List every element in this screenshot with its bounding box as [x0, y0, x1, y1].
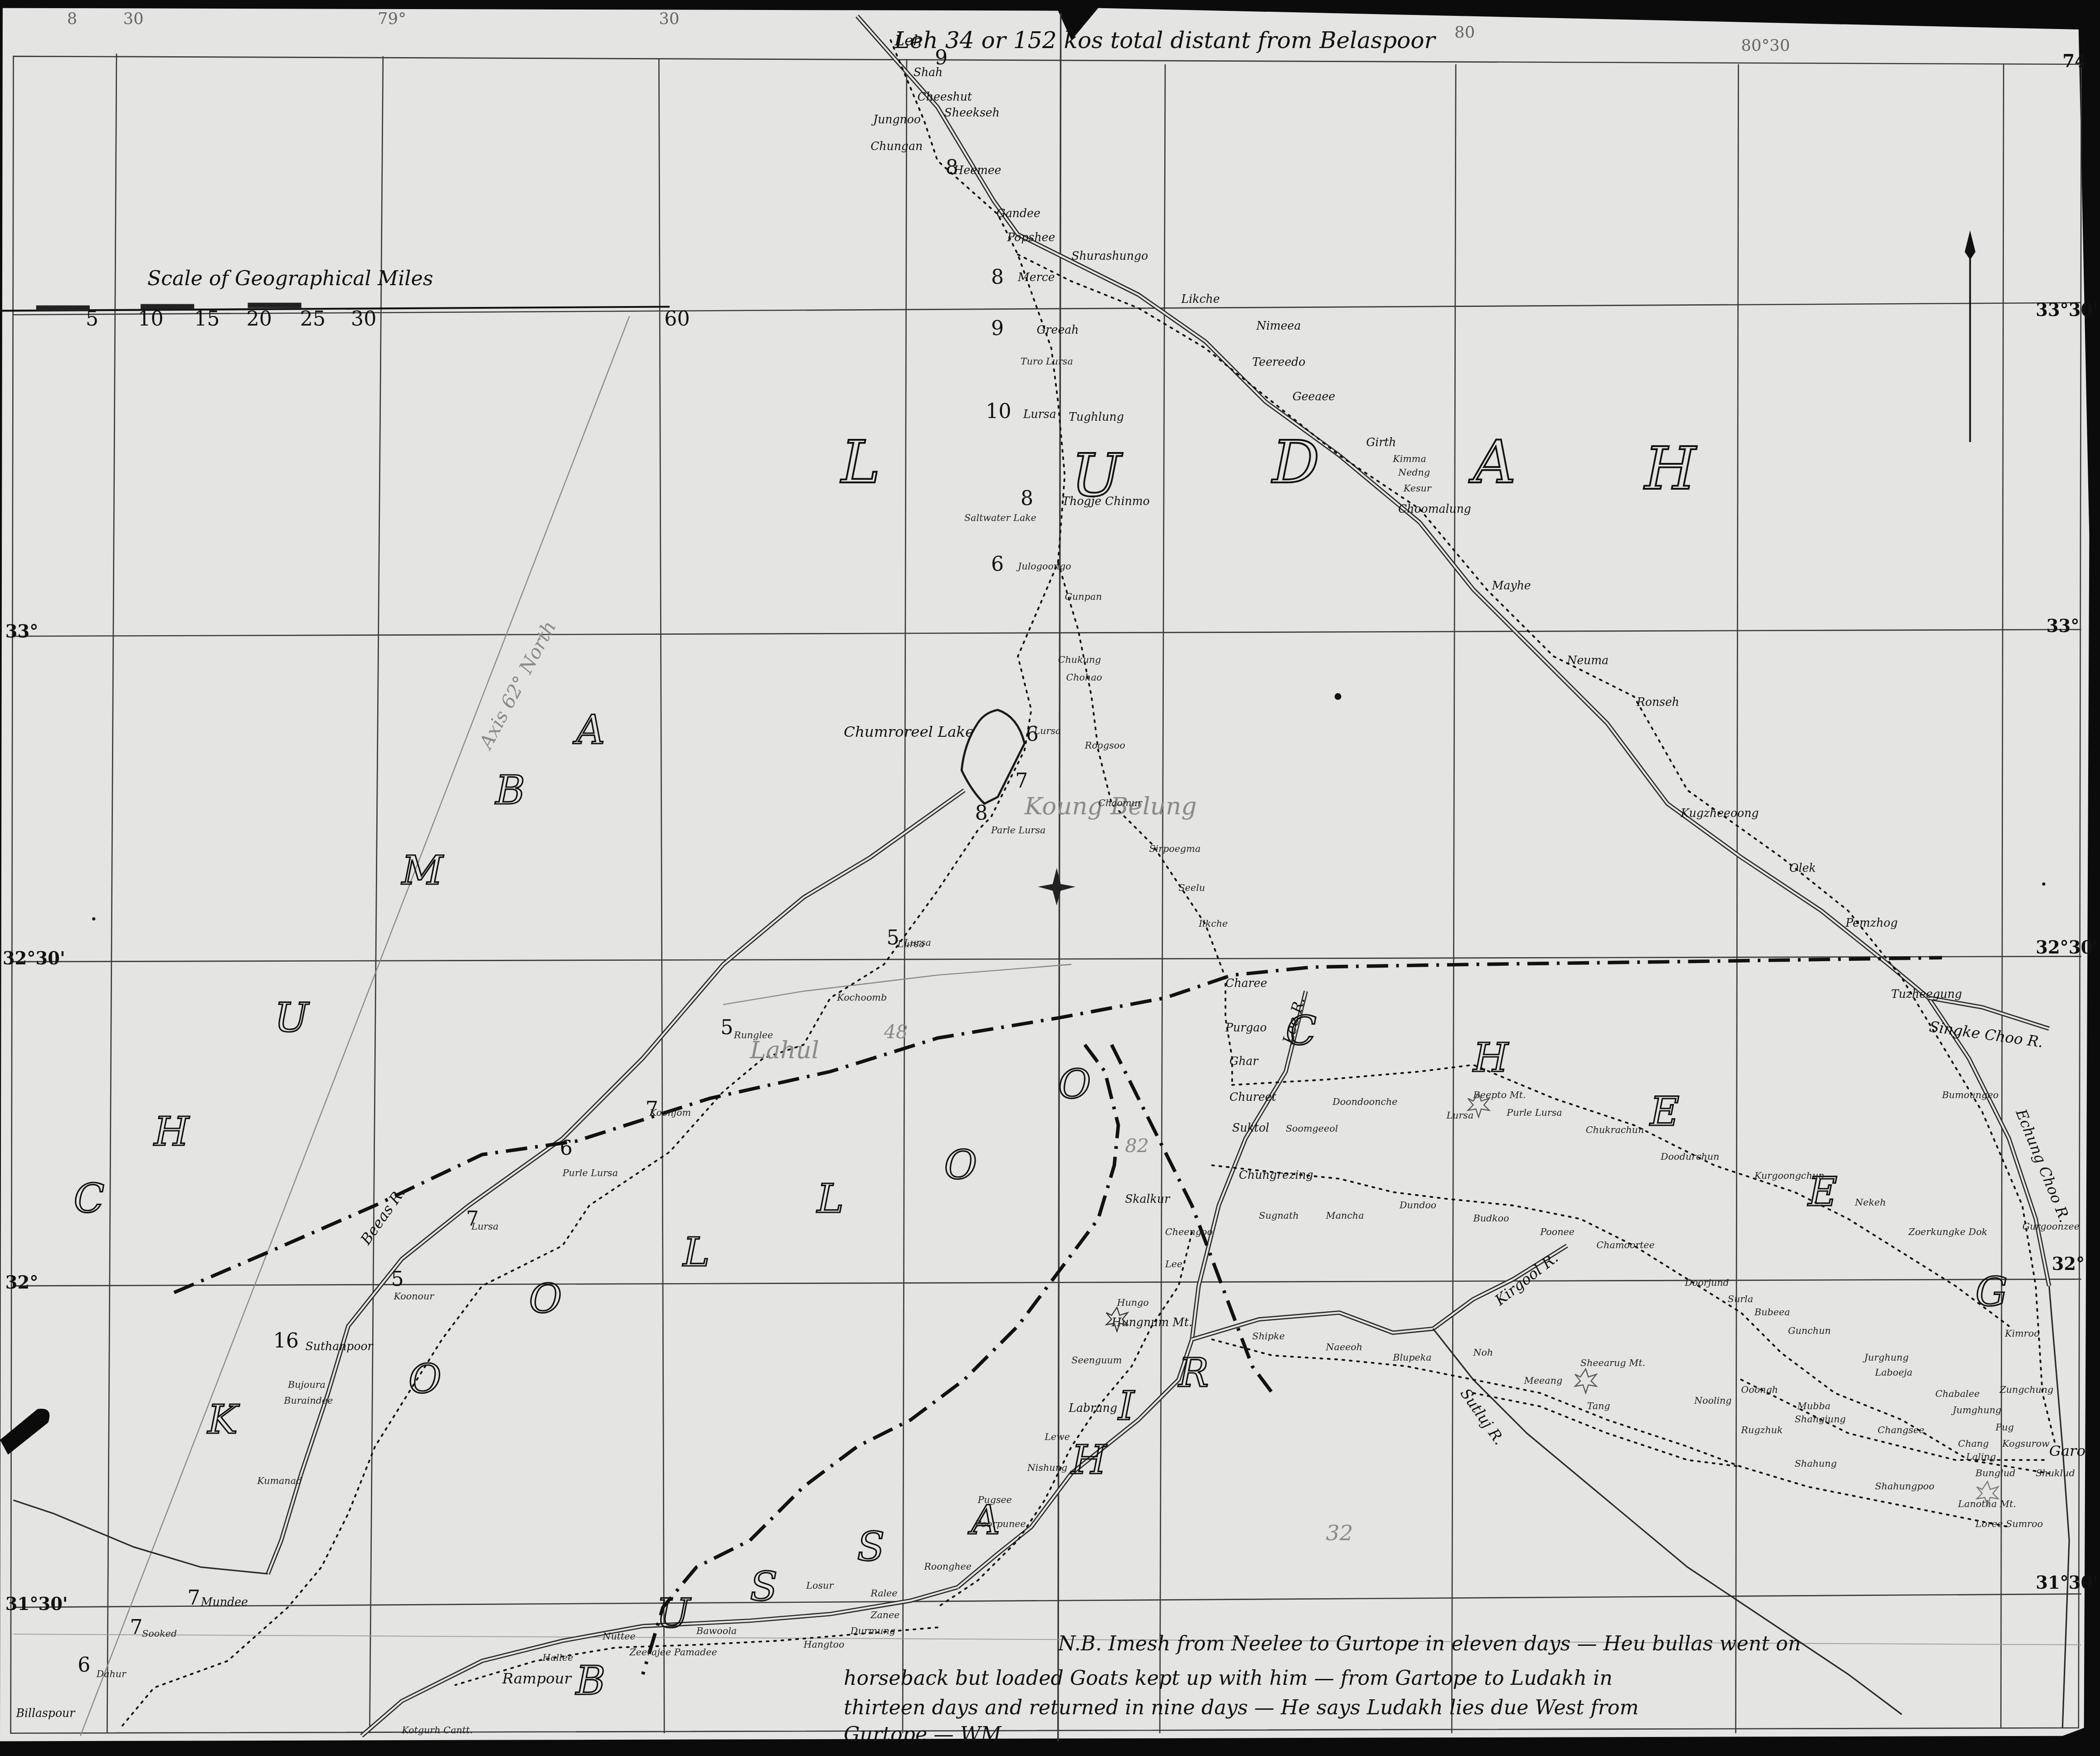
place-garo: Garo — [2049, 1442, 2085, 1459]
svg-text:Nooling: Nooling — [1694, 1395, 1732, 1406]
svg-text:Shah: Shah — [914, 66, 943, 79]
svg-text:Charee: Charee — [1225, 977, 1267, 990]
svg-text:A: A — [573, 706, 605, 753]
svg-text:Kumanad: Kumanad — [257, 1475, 302, 1486]
svg-text:Cheengoo: Cheengoo — [1165, 1226, 1213, 1237]
svg-text:Kimma: Kimma — [1392, 453, 1426, 464]
svg-text:Lursa: Lursa — [1446, 1110, 1473, 1121]
svg-text:O: O — [1058, 1061, 1091, 1108]
svg-text:B: B — [575, 1657, 605, 1704]
longitude-label: 79° — [378, 10, 406, 28]
longitude-label: 80°30 — [1741, 36, 1790, 55]
svg-text:5: 5 — [391, 1268, 404, 1291]
svg-text:Chukung: Chukung — [1058, 654, 1101, 665]
region-ghazee: G — [1975, 1269, 2008, 1315]
page-number: 74 — [2062, 51, 2086, 72]
svg-text:Shipke: Shipke — [1252, 1331, 1285, 1342]
svg-text:Laboeja: Laboeja — [1875, 1367, 1913, 1378]
svg-text:Buraindee: Buraindee — [283, 1395, 333, 1406]
svg-text:R: R — [1178, 1349, 1209, 1396]
svg-text:U: U — [275, 994, 310, 1041]
svg-text:Naeeoh: Naeeoh — [1326, 1342, 1363, 1352]
map-svg: Leh 34 or 152 kos total distant from Bel… — [0, 0, 2100, 1756]
svg-text:Kotgurh Cantt.: Kotgurh Cantt. — [401, 1725, 472, 1736]
latitude-label: 33° — [2047, 616, 2080, 637]
latitude-label: 32°30' — [3, 949, 65, 969]
pencil-note: 82 — [1125, 1135, 1149, 1157]
svg-text:Chang: Chang — [1958, 1438, 1989, 1449]
title-note: Leh 34 or 152 kos total distant from Bel… — [894, 27, 1436, 54]
svg-text:Roonghee: Roonghee — [924, 1561, 972, 1572]
svg-text:Doorjund: Doorjund — [1684, 1277, 1729, 1288]
svg-text:8: 8 — [1021, 487, 1033, 510]
svg-text:Jungnoo: Jungnoo — [871, 113, 921, 126]
svg-text:H: H — [1472, 1034, 1509, 1081]
footnote-line: Gurtope — WM — [844, 1723, 1002, 1746]
svg-text:H: H — [1070, 1436, 1107, 1483]
footnote-line: thirteen days and returned in nine days … — [844, 1696, 1638, 1719]
svg-text:Shurashungo: Shurashungo — [1071, 249, 1148, 263]
svg-text:Parle Lursa: Parle Lursa — [991, 825, 1045, 836]
svg-text:Bujoura: Bujoura — [287, 1379, 326, 1390]
svg-text:Tang: Tang — [1587, 1401, 1610, 1411]
svg-text:Doondoonche: Doondoonche — [1332, 1096, 1397, 1107]
svg-text:Nishung: Nishung — [1027, 1462, 1067, 1473]
svg-text:Shahung: Shahung — [1794, 1458, 1837, 1469]
svg-text:Suktol: Suktol — [1232, 1121, 1269, 1134]
svg-text:Koonour: Koonour — [394, 1291, 435, 1302]
svg-text:Purgao: Purgao — [1225, 1021, 1267, 1034]
svg-text:7: 7 — [1015, 769, 1028, 793]
svg-text:O: O — [529, 1275, 562, 1322]
svg-text:7: 7 — [188, 1586, 200, 1610]
scale-title: Scale of Geographical Miles — [147, 267, 433, 290]
svg-text:Nedng: Nedng — [1398, 467, 1430, 478]
svg-text:Changsee: Changsee — [1878, 1425, 1925, 1435]
svg-text:10: 10 — [138, 307, 163, 331]
svg-text:U: U — [656, 1590, 692, 1637]
svg-text:Pug: Pug — [1995, 1422, 2014, 1433]
svg-text:Hungo: Hungo — [1117, 1297, 1149, 1308]
svg-text:Purle Lursa: Purle Lursa — [562, 1167, 618, 1178]
svg-text:Chamoortee: Chamoortee — [1596, 1240, 1655, 1250]
svg-text:25: 25 — [300, 307, 326, 331]
svg-text:M: M — [401, 847, 444, 894]
svg-text:Lursa: Lursa — [471, 1221, 499, 1232]
svg-text:Turo Lursa: Turo Lursa — [1021, 356, 1073, 367]
svg-text:Kugzheeoong: Kugzheeoong — [1680, 807, 1759, 820]
longitude-label: 8 — [67, 10, 78, 28]
footnote-line: horseback but loaded Goats kept up with … — [844, 1667, 1613, 1690]
svg-text:Kesur: Kesur — [1403, 483, 1432, 494]
svg-text:Skalkur: Skalkur — [1125, 1192, 1171, 1206]
svg-text:Nimeea: Nimeea — [1256, 319, 1301, 332]
svg-text:Meeang: Meeang — [1524, 1375, 1562, 1386]
svg-text:Julogoongo: Julogoongo — [1016, 561, 1071, 572]
svg-text:O: O — [944, 1142, 977, 1188]
longitude-label: 30 — [659, 10, 679, 28]
svg-text:Rugzhuk: Rugzhuk — [1740, 1425, 1783, 1435]
svg-text:K: K — [207, 1396, 240, 1443]
svg-text:60: 60 — [664, 307, 690, 331]
svg-text:Ralee: Ralee — [870, 1588, 897, 1599]
svg-text:C: C — [73, 1175, 104, 1222]
svg-text:S: S — [857, 1523, 885, 1570]
svg-text:Gurgoonzee: Gurgoonzee — [2022, 1221, 2080, 1232]
place-rampour: Rampour — [502, 1670, 573, 1687]
svg-text:Kimroo: Kimroo — [2004, 1328, 2039, 1339]
svg-text:A: A — [1468, 428, 1516, 496]
svg-text:Chureet: Chureet — [1230, 1090, 1277, 1104]
svg-text:6: 6 — [78, 1654, 90, 1677]
svg-text:6: 6 — [560, 1137, 573, 1160]
svg-text:Chukrachun: Chukrachun — [1586, 1124, 1644, 1135]
svg-text:Lursa: Lursa — [1034, 725, 1061, 736]
latitude-label: 32° — [5, 1273, 39, 1293]
svg-text:Bumoungeo: Bumoungeo — [1941, 1090, 1998, 1100]
svg-text:Laling: Laling — [1966, 1451, 1996, 1462]
svg-text:15: 15 — [194, 307, 219, 331]
svg-text:Ghar: Ghar — [1230, 1055, 1259, 1068]
svg-text:Sugnath: Sugnath — [1259, 1210, 1299, 1221]
svg-text:Teereedo: Teereedo — [1252, 355, 1305, 369]
latitude-label: 33°30' — [2036, 300, 2098, 321]
svg-text:Labrang: Labrang — [1068, 1401, 1117, 1415]
svg-text:Olek: Olek — [1789, 861, 1816, 875]
svg-text:Shangiung: Shangiung — [1794, 1414, 1846, 1425]
svg-text:Tughlung: Tughlung — [1069, 410, 1124, 423]
svg-text:H: H — [153, 1108, 190, 1155]
svg-text:Lursa: Lursa — [1023, 408, 1056, 421]
svg-text:Durmung: Durmung — [850, 1625, 895, 1636]
svg-text:I: I — [1118, 1382, 1135, 1429]
svg-text:Merce: Merce — [1017, 271, 1055, 284]
svg-text:Seelu: Seelu — [1179, 882, 1206, 893]
svg-text:Zanee: Zanee — [870, 1610, 899, 1620]
svg-text:8: 8 — [991, 266, 1004, 289]
svg-text:S: S — [750, 1563, 778, 1610]
svg-text:Poonee: Poonee — [1540, 1226, 1575, 1237]
svg-text:Hangtoo: Hangtoo — [803, 1639, 844, 1650]
svg-text:Sooked: Sooked — [142, 1628, 177, 1639]
svg-text:Ronseh: Ronseh — [1636, 696, 1679, 709]
svg-text:Gunpan: Gunpan — [1065, 591, 1102, 602]
svg-text:Cheeshut: Cheeshut — [918, 90, 972, 103]
svg-text:20: 20 — [247, 307, 272, 331]
svg-text:D: D — [1271, 428, 1319, 496]
longitude-label: 30 — [123, 10, 144, 28]
svg-text:Sirpoegma: Sirpoegma — [1149, 843, 1201, 854]
svg-text:Chaomur: Chaomur — [1098, 798, 1142, 808]
svg-text:6: 6 — [991, 553, 1004, 576]
svg-text:Geeaee: Geeaee — [1293, 390, 1335, 403]
svg-text:Zeerajee Pamadee: Zeerajee Pamadee — [629, 1647, 717, 1658]
saltwater-lake-label: Saltwater Lake — [964, 512, 1036, 523]
svg-text:Chohao: Chohao — [1066, 672, 1102, 683]
svg-text:Mancha: Mancha — [1326, 1210, 1364, 1221]
latitude-label: 33° — [5, 622, 39, 642]
longitude-label: 80 — [1454, 23, 1475, 42]
svg-text:Choomalung: Choomalung — [1398, 502, 1471, 516]
svg-text:H: H — [1644, 434, 1697, 503]
svg-text:Doodurchun: Doodurchun — [1660, 1151, 1719, 1162]
svg-text:Suthanpoor: Suthanpoor — [306, 1340, 374, 1353]
svg-text:Kogsurow: Kogsurow — [2002, 1438, 2050, 1449]
svg-text:L: L — [840, 428, 880, 496]
svg-text:Pugsee: Pugsee — [977, 1494, 1011, 1505]
svg-text:Lee: Lee — [1165, 1259, 1182, 1270]
svg-text:Pemzhog: Pemzhog — [1845, 916, 1898, 929]
svg-text:Jurghung: Jurghung — [1862, 1352, 1909, 1363]
svg-text:Kurgoongchun: Kurgoongchun — [1754, 1170, 1824, 1181]
svg-text:10: 10 — [986, 400, 1011, 423]
svg-text:Popshee: Popshee — [1006, 231, 1055, 244]
svg-text:Dundoo: Dundoo — [1399, 1200, 1436, 1211]
svg-text:Bunglud: Bunglud — [1975, 1468, 2015, 1479]
svg-text:Budkoo: Budkoo — [1473, 1213, 1509, 1224]
svg-text:Gandee: Gandee — [997, 207, 1040, 220]
svg-text:Hallee: Hallee — [542, 1652, 573, 1663]
svg-text:Zoerkungke Dok: Zoerkungke Dok — [1908, 1226, 1988, 1237]
svg-text:Ilkche: Ilkche — [1198, 918, 1228, 929]
svg-text:8: 8 — [975, 802, 988, 825]
latitude-label: 31°30' — [5, 1594, 68, 1615]
svg-text:Soomgeeol: Soomgeeol — [1286, 1123, 1338, 1134]
svg-text:Sheekseh: Sheekseh — [944, 106, 1000, 119]
svg-text:Sheearug Mt.: Sheearug Mt. — [1580, 1357, 1645, 1368]
place-leh: Leh — [894, 32, 923, 49]
svg-text:L: L — [682, 1229, 710, 1275]
svg-text:Chungrezing: Chungrezing — [1239, 1168, 1313, 1182]
latitude-label: 32°30' — [2036, 938, 2098, 958]
map-canvas: Leh 34 or 152 kos total distant from Bel… — [0, 0, 2100, 1756]
svg-text:30: 30 — [351, 307, 376, 331]
svg-text:Shuklud: Shuklud — [2036, 1468, 2075, 1479]
svg-text:Surla: Surla — [1728, 1294, 1753, 1304]
svg-text:Mundee: Mundee — [200, 1595, 248, 1609]
svg-text:L: L — [816, 1175, 844, 1222]
lake-label: Chumroreel Lake — [844, 723, 974, 740]
svg-text:Dahur: Dahur — [96, 1668, 126, 1679]
svg-text:Greeah: Greeah — [1036, 323, 1079, 336]
svg-text:Heemee: Heemee — [953, 164, 1001, 177]
svg-text:Bubeea: Bubeea — [1754, 1307, 1790, 1318]
svg-text:Noh: Noh — [1473, 1347, 1493, 1358]
svg-text:Purle Lursa: Purle Lursa — [1506, 1107, 1562, 1118]
latitude-label: 32° — [2052, 1254, 2085, 1274]
svg-text:Zungchung: Zungchung — [1999, 1384, 2053, 1395]
place-billaspour: Billaspour — [15, 1707, 76, 1720]
svg-text:Chungan: Chungan — [870, 140, 923, 153]
svg-text:5: 5 — [86, 307, 98, 331]
svg-text:Lewe: Lewe — [1044, 1431, 1070, 1442]
svg-text:Thogje Chinmo: Thogje Chinmo — [1062, 495, 1150, 508]
svg-text:5: 5 — [720, 1016, 733, 1039]
svg-text:O: O — [408, 1356, 442, 1402]
svg-text:B: B — [495, 767, 525, 813]
svg-text:Neuma: Neuma — [1566, 654, 1609, 667]
svg-text:Runglee: Runglee — [734, 1030, 773, 1041]
svg-text:E: E — [1649, 1088, 1679, 1135]
svg-text:16: 16 — [273, 1329, 299, 1352]
svg-text:Koonjom: Koonjom — [649, 1107, 691, 1118]
pencil-note: 32 — [1326, 1521, 1353, 1546]
svg-text:Tuzheegung: Tuzheegung — [1891, 987, 1962, 1001]
svg-text:Seenguum: Seenguum — [1071, 1355, 1122, 1366]
svg-text:7: 7 — [130, 1616, 143, 1639]
svg-text:Likche: Likche — [1181, 292, 1220, 306]
svg-text:Lursa: Lursa — [897, 939, 924, 949]
svg-text:Loree Sumroo: Loree Sumroo — [1975, 1518, 2043, 1529]
svg-text:9: 9 — [991, 317, 1004, 340]
svg-text:Ooongh: Ooongh — [1741, 1384, 1778, 1395]
svg-text:Nekeh: Nekeh — [1854, 1197, 1886, 1208]
svg-text:Mubba: Mubba — [1797, 1401, 1830, 1411]
footnote-line: N.B. Imesh from Neelee to Gurtope in ele… — [1058, 1632, 1801, 1655]
svg-text:Blupeka: Blupeka — [1392, 1352, 1431, 1363]
svg-text:Jumghung: Jumghung — [1951, 1405, 2002, 1416]
svg-text:Chabalee: Chabalee — [1935, 1388, 1980, 1399]
svg-text:Bawoola: Bawoola — [696, 1625, 737, 1636]
svg-text:Girth: Girth — [1366, 436, 1396, 449]
svg-text:Mayhe: Mayhe — [1492, 579, 1531, 592]
svg-text:Roogsoo: Roogsoo — [1084, 740, 1125, 751]
svg-text:Nuttee: Nuttee — [602, 1631, 635, 1642]
svg-text:Shahungpoo: Shahungpoo — [1875, 1481, 1935, 1492]
svg-text:Losur: Losur — [806, 1580, 834, 1591]
svg-text:Kochoomb: Kochoomb — [836, 992, 887, 1003]
svg-text:Poorpunee: Poorpunee — [975, 1518, 1026, 1529]
svg-text:Gunchun: Gunchun — [1788, 1325, 1831, 1336]
pencil-note: 48 — [884, 1021, 908, 1043]
